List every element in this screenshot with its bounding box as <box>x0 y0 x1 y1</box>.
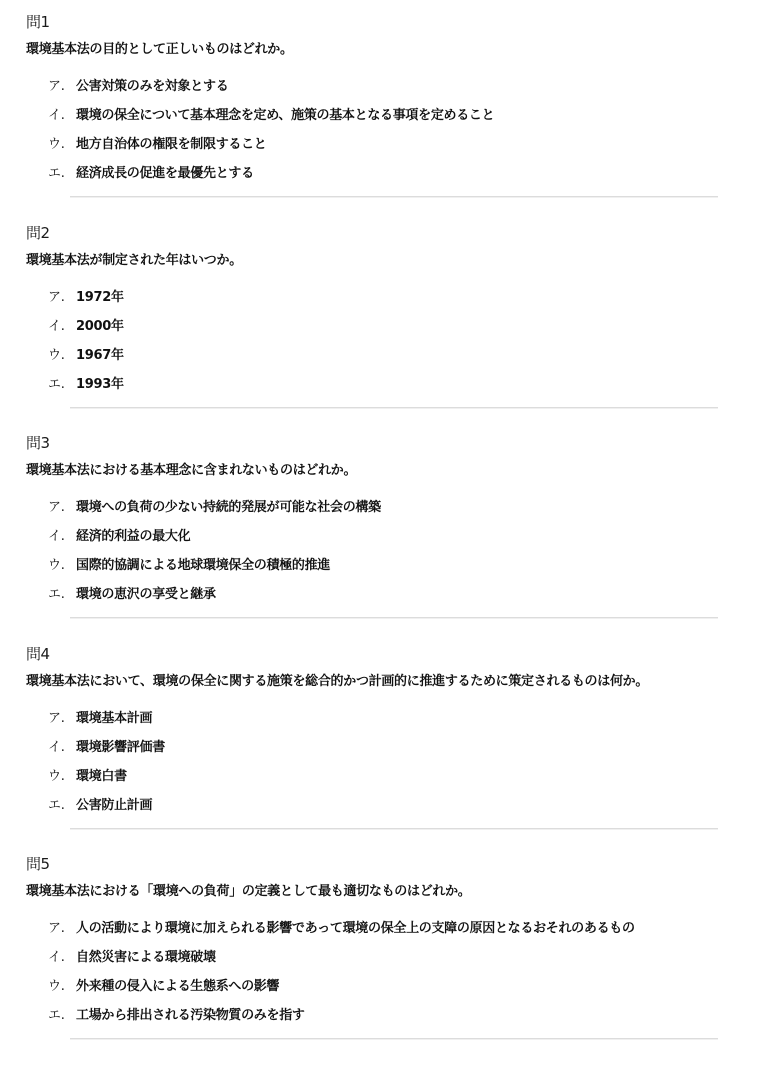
option-list: ア. 1972年 イ. 2000年 ウ. 1967年 エ. 1993年 <box>48 287 124 403</box>
option-text: 1993年 <box>76 374 124 396</box>
divider <box>70 196 718 197</box>
option-b: イ. 2000年 <box>48 316 124 345</box>
option-text: 1972年 <box>76 287 124 309</box>
option-text: 人の活動により環境に加えられる影響であって環境の保全上の支障の原因となるおそれの… <box>76 918 635 940</box>
question-text: 環境基本法において、環境の保全に関する施策を総合的かつ計画的に推進するために策定… <box>26 672 648 692</box>
option-text: 外来種の侵入による生態系への影響 <box>76 976 279 998</box>
option-a: ア. 1972年 <box>48 287 124 316</box>
option-text: 公害対策のみを対象とする <box>76 76 228 98</box>
option-c: ウ. 1967年 <box>48 345 124 374</box>
option-marker: エ. <box>48 374 76 396</box>
option-text: 環境の恵沢の享受と継承 <box>76 584 216 606</box>
question-text: 環境基本法における基本理念に含まれないものはどれか。 <box>26 461 356 481</box>
option-marker: イ. <box>48 947 76 969</box>
question-1: 問1 環境基本法の目的として正しいものはどれか。 ア. 公害対策のみを対象とする… <box>0 0 784 211</box>
option-text: 環境影響評価書 <box>76 737 165 759</box>
question-number: 問3 <box>26 433 50 453</box>
option-marker: ウ. <box>48 134 76 156</box>
question-text: 環境基本法の目的として正しいものはどれか。 <box>26 40 293 60</box>
option-list: ア. 公害対策のみを対象とする イ. 環境の保全について基本理念を定め、施策の基… <box>48 76 494 192</box>
option-text: 自然災害による環境破壊 <box>76 947 216 969</box>
question-number: 問4 <box>26 644 50 664</box>
divider <box>70 407 718 408</box>
question-3: 問3 環境基本法における基本理念に含まれないものはどれか。 ア. 環境への負荷の… <box>0 421 784 632</box>
option-marker: エ. <box>48 163 76 185</box>
option-marker: ウ. <box>48 976 76 998</box>
option-b: イ. 環境影響評価書 <box>48 737 165 766</box>
option-a: ア. 人の活動により環境に加えられる影響であって環境の保全上の支障の原因となるお… <box>48 918 635 947</box>
option-marker: イ. <box>48 316 76 338</box>
option-marker: イ. <box>48 737 76 759</box>
option-marker: イ. <box>48 526 76 548</box>
option-c: ウ. 地方自治体の権限を制限すること <box>48 134 494 163</box>
option-marker: エ. <box>48 1005 76 1027</box>
option-c: ウ. 国際的協調による地球環境保全の積極的推進 <box>48 555 381 584</box>
option-list: ア. 環境への負荷の少ない持続的発展が可能な社会の構築 イ. 経済的利益の最大化… <box>48 497 381 613</box>
option-c: ウ. 外来種の侵入による生態系への影響 <box>48 976 635 1005</box>
option-text: 環境の保全について基本理念を定め、施策の基本となる事項を定めること <box>76 105 494 127</box>
option-marker: ア. <box>48 497 76 519</box>
question-text: 環境基本法が制定された年はいつか。 <box>26 251 242 271</box>
quiz-document: 問1 環境基本法の目的として正しいものはどれか。 ア. 公害対策のみを対象とする… <box>0 0 784 1053</box>
option-text: 地方自治体の権限を制限すること <box>76 134 267 156</box>
option-c: ウ. 環境白書 <box>48 766 165 795</box>
option-b: イ. 環境の保全について基本理念を定め、施策の基本となる事項を定めること <box>48 105 494 134</box>
option-marker: エ. <box>48 795 76 817</box>
option-marker: イ. <box>48 105 76 127</box>
option-text: 2000年 <box>76 316 124 338</box>
option-text: 経済的利益の最大化 <box>76 526 190 548</box>
option-text: 公害防止計画 <box>76 795 152 817</box>
question-text: 環境基本法における「環境への負荷」の定義として最も適切なものはどれか。 <box>26 882 471 902</box>
option-text: 環境基本計画 <box>76 708 152 730</box>
question-number: 問2 <box>26 223 50 243</box>
divider <box>70 617 718 618</box>
option-text: 環境への負荷の少ない持続的発展が可能な社会の構築 <box>76 497 381 519</box>
option-a: ア. 環境基本計画 <box>48 708 165 737</box>
divider <box>70 1038 718 1039</box>
option-marker: ア. <box>48 76 76 98</box>
option-marker: ウ. <box>48 555 76 577</box>
option-marker: ウ. <box>48 766 76 788</box>
option-marker: ア. <box>48 918 76 940</box>
option-text: 1967年 <box>76 345 124 367</box>
option-d: エ. 公害防止計画 <box>48 795 165 824</box>
option-text: 経済成長の促進を最優先とする <box>76 163 254 185</box>
question-4: 問4 環境基本法において、環境の保全に関する施策を総合的かつ計画的に推進するため… <box>0 632 784 843</box>
option-text: 環境白書 <box>76 766 127 788</box>
question-5: 問5 環境基本法における「環境への負荷」の定義として最も適切なものはどれか。 ア… <box>0 842 784 1053</box>
option-list: ア. 人の活動により環境に加えられる影響であって環境の保全上の支障の原因となるお… <box>48 918 635 1034</box>
option-b: イ. 経済的利益の最大化 <box>48 526 381 555</box>
option-marker: ア. <box>48 708 76 730</box>
option-d: エ. 環境の恵沢の享受と継承 <box>48 584 381 613</box>
option-text: 工場から排出される汚染物質のみを指す <box>76 1005 305 1027</box>
option-a: ア. 公害対策のみを対象とする <box>48 76 494 105</box>
option-d: エ. 経済成長の促進を最優先とする <box>48 163 494 192</box>
question-2: 問2 環境基本法が制定された年はいつか。 ア. 1972年 イ. 2000年 ウ… <box>0 211 784 422</box>
question-number: 問1 <box>26 12 50 32</box>
option-a: ア. 環境への負荷の少ない持続的発展が可能な社会の構築 <box>48 497 381 526</box>
divider <box>70 828 718 829</box>
option-marker: ウ. <box>48 345 76 367</box>
question-number: 問5 <box>26 854 50 874</box>
option-text: 国際的協調による地球環境保全の積極的推進 <box>76 555 330 577</box>
option-d: エ. 1993年 <box>48 374 124 403</box>
option-marker: エ. <box>48 584 76 606</box>
option-list: ア. 環境基本計画 イ. 環境影響評価書 ウ. 環境白書 エ. 公害防止計画 <box>48 708 165 824</box>
option-marker: ア. <box>48 287 76 309</box>
option-d: エ. 工場から排出される汚染物質のみを指す <box>48 1005 635 1034</box>
option-b: イ. 自然災害による環境破壊 <box>48 947 635 976</box>
